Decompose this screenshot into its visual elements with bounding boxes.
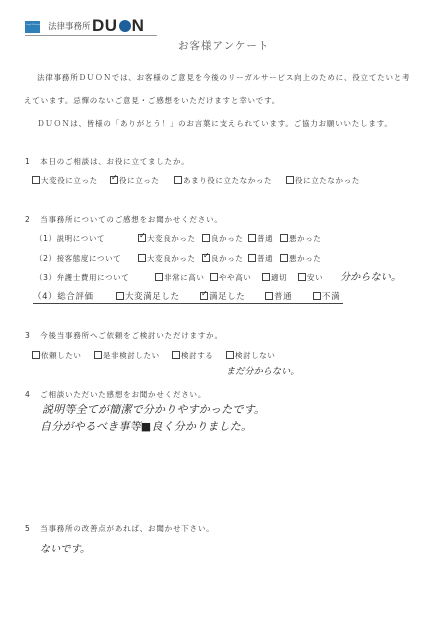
option-label: やや高い <box>219 273 251 282</box>
option-label: 適切 <box>271 273 287 282</box>
q2-3-option-3[interactable]: 安い <box>298 272 323 283</box>
q2-question: 2 当事務所についてのご感想をお聞かせください。 <box>25 214 223 225</box>
checkbox[interactable] <box>248 254 256 262</box>
option-label: 大変役に立った <box>41 176 98 185</box>
q5-question: 5 当事務所の改善点があれば、お聞かせ下さい。 <box>25 523 214 534</box>
q2-item-3-label: （3）弁護士費用について <box>35 272 129 283</box>
q3-option-1[interactable]: 是非検討したい <box>94 350 160 361</box>
checkbox[interactable] <box>138 254 146 262</box>
q5-number: 5 <box>25 524 31 533</box>
option-label: 大変良かった <box>147 254 196 263</box>
checkbox[interactable] <box>155 273 163 281</box>
option-label: 役に立った <box>119 176 160 185</box>
q4-number: 4 <box>25 390 31 399</box>
q4-question: 4 ご相談いただいた感想をお聞かせください。 <box>25 389 206 400</box>
option-label: 非常に高い <box>164 273 205 282</box>
q2-4-option-0[interactable]: 大変満足した <box>116 290 180 302</box>
checkbox[interactable] <box>286 176 294 184</box>
option-label: 役に立たなかった <box>295 176 360 185</box>
q2-3-option-1[interactable]: やや高い <box>210 272 251 283</box>
option-label: 悪かった <box>289 254 321 263</box>
q3-handwritten: まだ分からない。 <box>226 364 300 377</box>
checkbox[interactable] <box>280 254 288 262</box>
page-title: お客様アンケート <box>178 38 269 53</box>
option-label: 良かった <box>211 234 243 243</box>
q4-text: ご相談いただいた感想をお聞かせください。 <box>40 390 206 399</box>
q2-1-option-2[interactable]: 普通 <box>248 233 273 244</box>
option-label: 良かった <box>211 254 243 263</box>
q4-handwritten-line-1: 説明等全てが簡潔で分かりやすかったです。 <box>42 401 265 417</box>
option-label: 普通 <box>274 292 292 302</box>
brand-right: N <box>132 16 145 35</box>
q2-2-option-0[interactable]: 大変良かった <box>138 253 196 264</box>
option-label: 不満 <box>322 292 340 302</box>
q2-4-option-3[interactable]: 不満 <box>313 290 340 302</box>
q2-3-option-0[interactable]: 非常に高い <box>155 272 205 283</box>
option-label: 是非検討したい <box>103 351 160 360</box>
checkbox-checked[interactable] <box>202 254 210 262</box>
q4-handwritten-line-2: 自分がやるべき事等■良く分かりました。 <box>40 418 252 434</box>
checkbox[interactable] <box>174 176 182 184</box>
q2-2-option-2[interactable]: 普通 <box>248 253 273 264</box>
option-label: 普通 <box>257 234 273 243</box>
checkbox-checked[interactable] <box>138 234 146 242</box>
brand-logo: DUN <box>92 16 144 36</box>
option-label: 満足した <box>209 292 245 302</box>
checkbox[interactable] <box>248 234 256 242</box>
firm-name: 法律事務所 <box>48 20 91 32</box>
q3-number: 3 <box>25 331 31 340</box>
logo-badge-text: Legal Defense <box>25 21 40 27</box>
q5-handwritten: ないです。 <box>40 540 90 555</box>
option-label: 普通 <box>257 254 273 263</box>
q3-option-2[interactable]: 検討する <box>172 350 213 361</box>
q1-option-1[interactable]: 役に立った <box>110 175 160 186</box>
intro-line-3: ＤＵＯＮは、皆様の「ありがとう！」のお言葉に支えられています。ご協力お願いいたし… <box>37 118 393 129</box>
option-label: あまり役に立たなかった <box>183 176 272 185</box>
q1-text: 本日のご相談は、お役に立てましたか。 <box>40 157 189 166</box>
checkbox[interactable] <box>202 234 210 242</box>
q2-item-1-label: （1）説明について <box>35 233 105 244</box>
q2-2-option-3[interactable]: 悪かった <box>280 253 321 264</box>
q2-1-option-1[interactable]: 良かった <box>202 233 243 244</box>
checkbox[interactable] <box>262 273 270 281</box>
checkbox[interactable] <box>298 273 306 281</box>
checkbox[interactable] <box>265 292 273 300</box>
q2-item-4-label: （4）総合評価 <box>33 292 94 302</box>
q2-1-option-3[interactable]: 悪かった <box>280 233 321 244</box>
brand-left: DU <box>92 16 118 35</box>
q2-number: 2 <box>25 215 31 224</box>
option-label: 検討する <box>181 351 213 360</box>
q1-option-0[interactable]: 大変役に立った <box>32 175 98 186</box>
q2-3-handwritten: 分からない。 <box>340 268 401 283</box>
option-label: 大変満足した <box>125 292 180 302</box>
q3-option-0[interactable]: 依頼したい <box>32 350 82 361</box>
option-label: 大変良かった <box>147 234 196 243</box>
checkbox[interactable] <box>210 273 218 281</box>
q2-1-option-0[interactable]: 大変良かった <box>138 233 196 244</box>
q2-text: 当事務所についてのご感想をお聞かせください。 <box>40 215 222 224</box>
checkbox[interactable] <box>313 292 321 300</box>
checkbox[interactable] <box>116 292 124 300</box>
checkbox[interactable] <box>32 176 40 184</box>
q2-4-option-1[interactable]: 満足した <box>200 290 245 302</box>
checkbox[interactable] <box>226 351 234 359</box>
q3-option-3[interactable]: 検討しない <box>226 350 276 361</box>
q3-question: 3 今後当事務所へご依頼をご検討いただけますか。 <box>25 330 223 341</box>
q3-text: 今後当事務所へご依頼をご検討いただけますか。 <box>40 331 223 340</box>
q1-question: 1 本日のご相談は、お役に立てましたか。 <box>25 156 190 167</box>
brand-o-icon <box>119 20 131 32</box>
logo-badge: Legal Defense <box>25 21 40 33</box>
q2-3-option-2[interactable]: 適切 <box>262 272 287 283</box>
option-label: 悪かった <box>289 234 321 243</box>
intro-line-2: えています。忌憚のないご意見・ご感想をいただけますと幸いです。 <box>24 95 280 106</box>
q2-item-4-row: （4）総合評価 <box>33 290 343 304</box>
q2-4-option-2[interactable]: 普通 <box>265 290 292 302</box>
q2-item-2-label: （2）接客態度について <box>35 253 121 264</box>
q1-number: 1 <box>25 157 31 166</box>
checkbox-checked[interactable] <box>200 292 208 300</box>
q1-option-2[interactable]: あまり役に立たなかった <box>174 175 272 186</box>
q5-text: 当事務所の改善点があれば、お聞かせ下さい。 <box>40 524 214 533</box>
option-label: 依頼したい <box>41 351 82 360</box>
q2-2-option-1[interactable]: 良かった <box>202 253 243 264</box>
checkbox[interactable] <box>172 351 180 359</box>
intro-line-1: 法律事務所ＤＵＯＮでは、お客様のご意見を今後のリーガルサービス向上のために、役立… <box>37 72 410 83</box>
option-label: 検討しない <box>235 351 276 360</box>
checkbox[interactable] <box>94 351 102 359</box>
logo-divider <box>25 35 157 36</box>
checkbox[interactable] <box>280 234 288 242</box>
checkbox[interactable] <box>32 351 40 359</box>
checkbox-checked[interactable] <box>110 176 118 184</box>
option-label: 安い <box>307 273 323 282</box>
q1-option-3[interactable]: 役に立たなかった <box>286 175 360 186</box>
